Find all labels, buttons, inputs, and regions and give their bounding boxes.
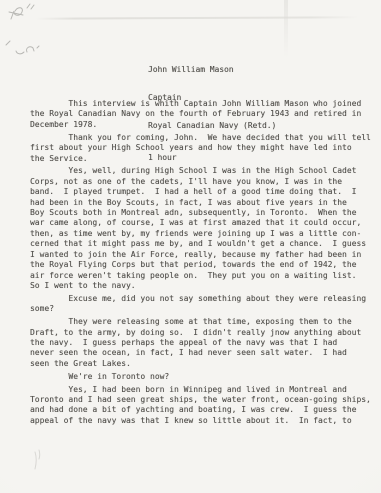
scan-streak-vertical bbox=[284, 0, 288, 58]
transcript-line: Boy Scouts both in Montreal adn, subsequ… bbox=[30, 208, 375, 218]
paragraph-excuse-me: Excuse me, did you not say something abo… bbox=[30, 294, 375, 315]
paragraph-releasing: They were releasing some at that time, e… bbox=[30, 317, 375, 369]
paragraph-intro: This interview is whith Captain John Wil… bbox=[30, 99, 375, 130]
transcript-line: This interview is whith Captain John Wil… bbox=[30, 99, 375, 109]
transcript-line: never seen the ocean, in fact, I had nev… bbox=[30, 348, 375, 358]
transcript-line: We're in Toronto now? bbox=[30, 372, 375, 382]
transcript-line: the Royal Flying Corps but that period, … bbox=[30, 260, 375, 270]
pencil-smudge-icon bbox=[28, 448, 50, 474]
transcript-line: band. I played trumpet. I had a hell of … bbox=[30, 187, 375, 197]
interviewee-name: John William Mason bbox=[148, 65, 276, 74]
transcript-line: the Service. bbox=[30, 154, 375, 164]
transcript-line: and had done a bit of yachting and boati… bbox=[30, 405, 375, 415]
transcript-line: had been in the Boy Scouts, in fact, I w… bbox=[30, 198, 375, 208]
transcript-line: war came along, of course, I was at firs… bbox=[30, 218, 375, 228]
transcript-line: Yes, I had been born in Winnipeg and liv… bbox=[30, 385, 375, 395]
transcript-line: seen the Great Lakes. bbox=[30, 359, 375, 369]
transcript-line: Thank you for coming, John. We have deci… bbox=[30, 133, 375, 143]
transcript-line: the navy. I guess perhaps the appeal of … bbox=[30, 338, 375, 348]
transcript-line: cerned that it might pass me by, and I w… bbox=[30, 239, 375, 249]
document-page: John William Mason Captain Royal Canadia… bbox=[0, 0, 381, 493]
transcript-line: Draft, to the army, by doing so. I didn'… bbox=[30, 328, 375, 338]
transcript-line: air force weren't taking people on. They… bbox=[30, 271, 375, 281]
paragraph-answer-high-school: Yes, well, during High School I was in t… bbox=[30, 166, 375, 291]
transcript-line: then, as time went by, my friends were j… bbox=[30, 229, 375, 239]
paragraph-interviewer-question: Thank you for coming, John. We have deci… bbox=[30, 133, 375, 164]
paragraph-born-winnipeg: Yes, I had been born in Winnipeg and liv… bbox=[30, 385, 375, 427]
transcript-line: Excuse me, did you not say something abo… bbox=[30, 294, 375, 304]
transcript-line: They were releasing some at that time, e… bbox=[30, 317, 375, 327]
transcript-line: first about your High School years and h… bbox=[30, 143, 375, 153]
paragraph-toronto-question: We're in Toronto now? bbox=[30, 372, 375, 382]
transcript-line: So I went to the navy. bbox=[30, 281, 375, 291]
scan-streak-horizontal bbox=[36, 16, 358, 19]
transcript-line: December 1978. bbox=[30, 120, 375, 130]
transcript-line: the Royal Canadian Navy on the fourth of… bbox=[30, 109, 375, 119]
transcript-line: Yes, well, during High School I was in t… bbox=[30, 166, 375, 176]
transcript-line: some? bbox=[30, 304, 375, 314]
transcript-line: appeal of the navy was that I knew so li… bbox=[30, 416, 375, 426]
transcript-line: I wanted to join the Air Force, really, … bbox=[30, 250, 375, 260]
transcript-body: This interview is whith Captain John Wil… bbox=[30, 99, 375, 426]
pencil-scribble-icon bbox=[2, 2, 62, 62]
transcript-line: Corps, not as one of the cadets, I'll ha… bbox=[30, 177, 375, 187]
transcript-line: Toronto and I had seen great ships, the … bbox=[30, 395, 375, 405]
